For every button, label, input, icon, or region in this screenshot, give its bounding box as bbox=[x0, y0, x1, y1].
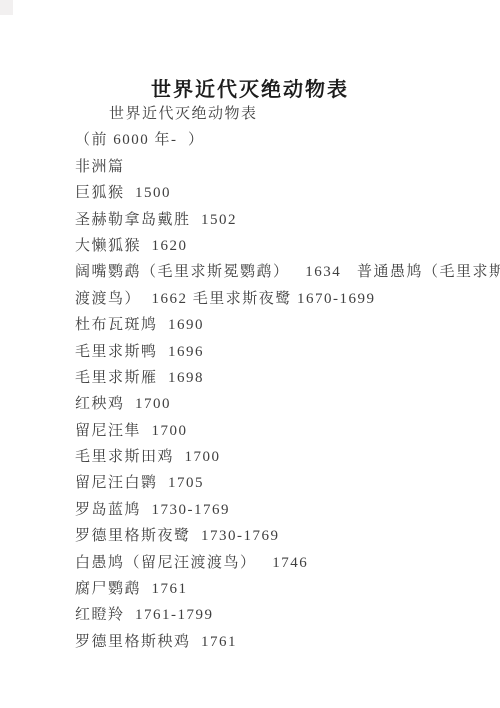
doc-line: 罗岛蓝鸠 1730-1769 bbox=[75, 497, 470, 523]
document-body: 世界近代灭绝动物表（前 6000 年- ）非洲篇巨狐猴 1500圣赫勒拿岛戴胜 … bbox=[75, 101, 470, 655]
doc-line: 巨狐猴 1500 bbox=[75, 180, 470, 206]
doc-line: 渡渡鸟） 1662 毛里求斯夜鹭 1670-1699 bbox=[75, 286, 470, 312]
doc-line: 非洲篇 bbox=[75, 154, 470, 180]
doc-line: 毛里求斯雁 1698 bbox=[75, 365, 470, 391]
doc-line: 阔嘴鹦鹉（毛里求斯冕鹦鹉） 1634 普通愚鸠（毛里求斯 bbox=[75, 259, 470, 285]
doc-line: 杜布瓦斑鸠 1690 bbox=[75, 312, 470, 338]
doc-line: 毛里求斯鸭 1696 bbox=[75, 339, 470, 365]
doc-line: （前 6000 年- ） bbox=[75, 127, 470, 153]
doc-line: 罗德里格斯秧鸡 1761 bbox=[75, 629, 470, 655]
doc-line: 红秧鸡 1700 bbox=[75, 391, 470, 417]
doc-line: 白愚鸠（留尼汪渡渡鸟） 1746 bbox=[75, 550, 470, 576]
page-title: 世界近代灭绝动物表 bbox=[0, 73, 500, 102]
doc-line: 大懒狐猴 1620 bbox=[75, 233, 470, 259]
doc-line: 世界近代灭绝动物表 bbox=[75, 101, 470, 127]
doc-line: 腐尸鹦鹉 1761 bbox=[75, 576, 470, 602]
doc-line: 留尼汪隼 1700 bbox=[75, 418, 470, 444]
doc-line: 留尼汪白鹮 1705 bbox=[75, 470, 470, 496]
doc-line: 毛里求斯田鸡 1700 bbox=[75, 444, 470, 470]
page-corner-mark bbox=[0, 0, 13, 15]
doc-line: 圣赫勒拿岛戴胜 1502 bbox=[75, 207, 470, 233]
doc-line: 红瞪羚 1761-1799 bbox=[75, 602, 470, 628]
doc-line: 罗德里格斯夜鹭 1730-1769 bbox=[75, 523, 470, 549]
document-page: 世界近代灭绝动物表 世界近代灭绝动物表（前 6000 年- ）非洲篇巨狐猴 15… bbox=[0, 0, 500, 708]
